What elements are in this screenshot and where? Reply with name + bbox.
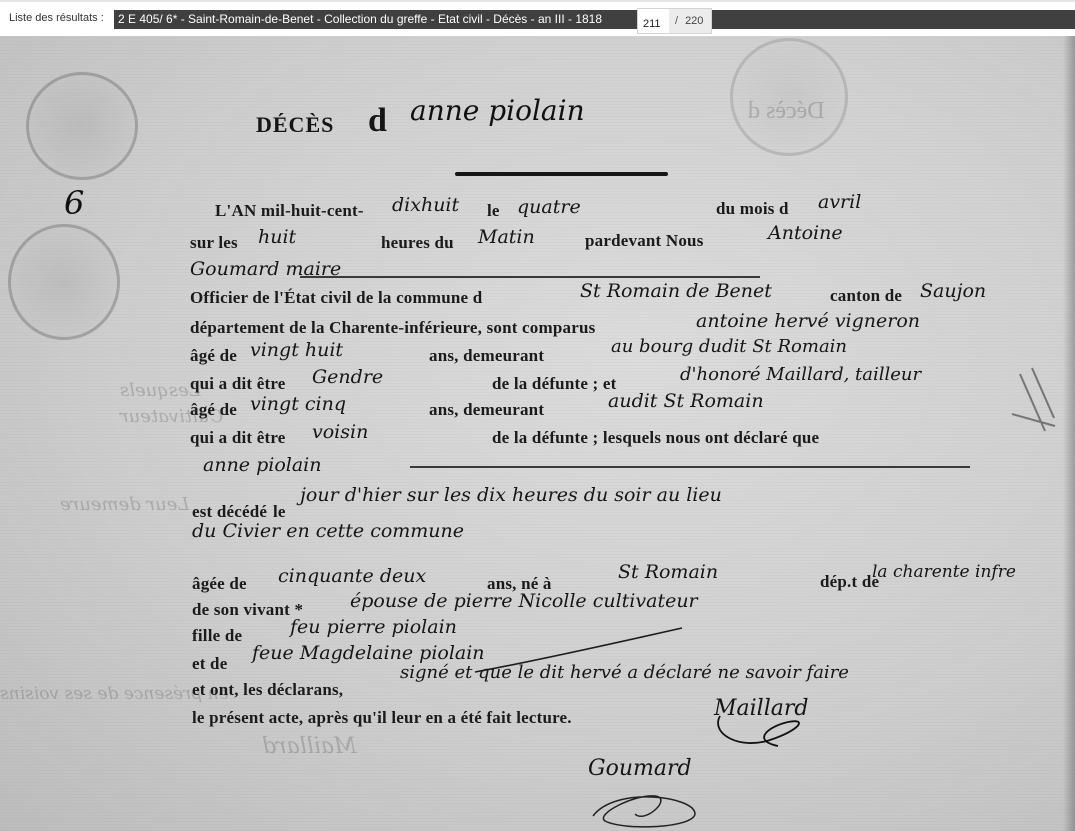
printed-text: qui a dit être [190,374,286,394]
printed-text: canton de [830,286,902,306]
printed-text: de la défunte ; et [492,374,616,394]
handwritten-birthplace: St Romain [618,561,718,583]
handwritten-declarant-2: d'honoré Maillard, tailleur [680,364,921,385]
handwritten-officer-firstname: Antoine [768,222,843,244]
printed-text: heures du [381,233,454,253]
results-toolbar: Liste des résultats : 2 E 405/ 6* - Sain… [0,0,1075,36]
printed-text: âgée de [192,574,247,594]
document-title-bar: 2 E 405/ 6* - Saint-Romain-de-Benet - Co… [114,10,1075,29]
printed-text: ans, demeurant [429,400,544,420]
bleed-through-text: Lesquels [120,380,201,401]
page-separator: / [675,15,678,27]
fill-line [410,466,970,468]
bleed-through-text: Décès d [748,98,825,125]
handwritten-mother: feue Magdelaine piolain [252,642,485,664]
total-pages: 220 [685,15,703,27]
results-list-label: Liste des résultats : [9,12,104,24]
printed-text: âgé de [190,400,237,420]
handwritten-commune: St Romain de Benet [580,280,772,302]
printed-text: le [487,201,500,221]
handwritten-deceased-name: anne piolain [203,454,321,476]
page-navigator: / 220 [637,8,712,34]
handwritten-age-2: vingt cinq [250,393,346,415]
stray-pen-mark [1010,366,1060,436]
printed-text: sur les [190,233,238,253]
printed-text: L'AN mil-huit-cent- [215,201,364,221]
fill-line [300,276,760,278]
handwritten-signature-note: signé et que le dit hervé a déclaré ne s… [400,662,849,683]
handwritten-father: feu pierre piolain [290,616,457,638]
handwritten-department: la charente infre [872,562,1016,582]
handwritten-spouse: épouse de pierre Nicolle cultivateur [350,590,698,612]
printed-text: âgé de [190,346,237,366]
seal-stamp-top-left [26,72,138,180]
signature-flourish [710,704,820,754]
current-page-input[interactable] [638,9,669,33]
printed-text: et de [192,654,227,674]
seal-stamp-left [8,224,120,340]
signature-flourish [585,776,715,831]
handwritten-age-deceased: cinquante deux [278,565,426,587]
handwritten-age-1: vingt huit [250,339,343,361]
handwritten-canton: Saujon [920,280,986,302]
printed-text: qui a dit être [190,428,286,448]
seal-stamp-top-right [730,38,848,156]
printed-text: Officier de l'État civil de la commune d [190,288,482,308]
handwritten-year: dixhuit [392,194,459,216]
printed-text: du mois d [716,199,789,219]
printed-text: de son vivant * [192,600,303,620]
printed-text: le [273,502,286,522]
handwritten-day: quatre [517,196,581,218]
deceased-name-heading: anne piolain [410,94,585,127]
handwritten-death-place: du Civier en cette commune [192,520,464,542]
document-title: 2 E 405/ 6* - Saint-Romain-de-Benet - Co… [118,12,602,26]
handwritten-residence-1: au bourg dudit St Romain [611,336,847,357]
bleed-through-text: Maillard [262,734,356,759]
heading-deces: DÉCÈS [256,112,334,138]
heading-d: d [368,102,387,140]
printed-text: fille de [192,626,242,646]
printed-text: ans, demeurant [429,346,544,366]
handwritten-hour: huit [258,226,296,248]
printed-text: le présent acte, après qu'il leur en a é… [192,708,572,728]
handwritten-residence-2: audit St Romain [608,390,764,412]
printed-text: est décédé [192,502,267,522]
printed-text: de la défunte ; lesquels nous ont déclar… [492,428,819,448]
printed-text: et ont, les déclarans, [192,680,343,700]
handwritten-month: avril [818,191,861,213]
handwritten-relation-2: voisin [312,421,368,443]
heading-underline [455,172,668,176]
printed-text: dép.t de [820,572,879,592]
handwritten-relation-1: Gendre [312,366,383,388]
handwritten-time-of-day: Matin [478,226,535,248]
printed-text: pardevant Nous [585,231,704,251]
bleed-through-text: Leur demeure [60,494,189,515]
folio-number: 6 [64,184,84,222]
printed-text: département de la Charente-inférieure, s… [190,318,595,338]
handwritten-declarant-1: antoine hervé vigneron [696,310,920,332]
handwritten-death-date: jour d'hier sur les dix heures du soir a… [300,484,722,506]
document-image-viewer[interactable]: Décès d Lesquels Cultivateur Leur demeur… [0,36,1075,831]
